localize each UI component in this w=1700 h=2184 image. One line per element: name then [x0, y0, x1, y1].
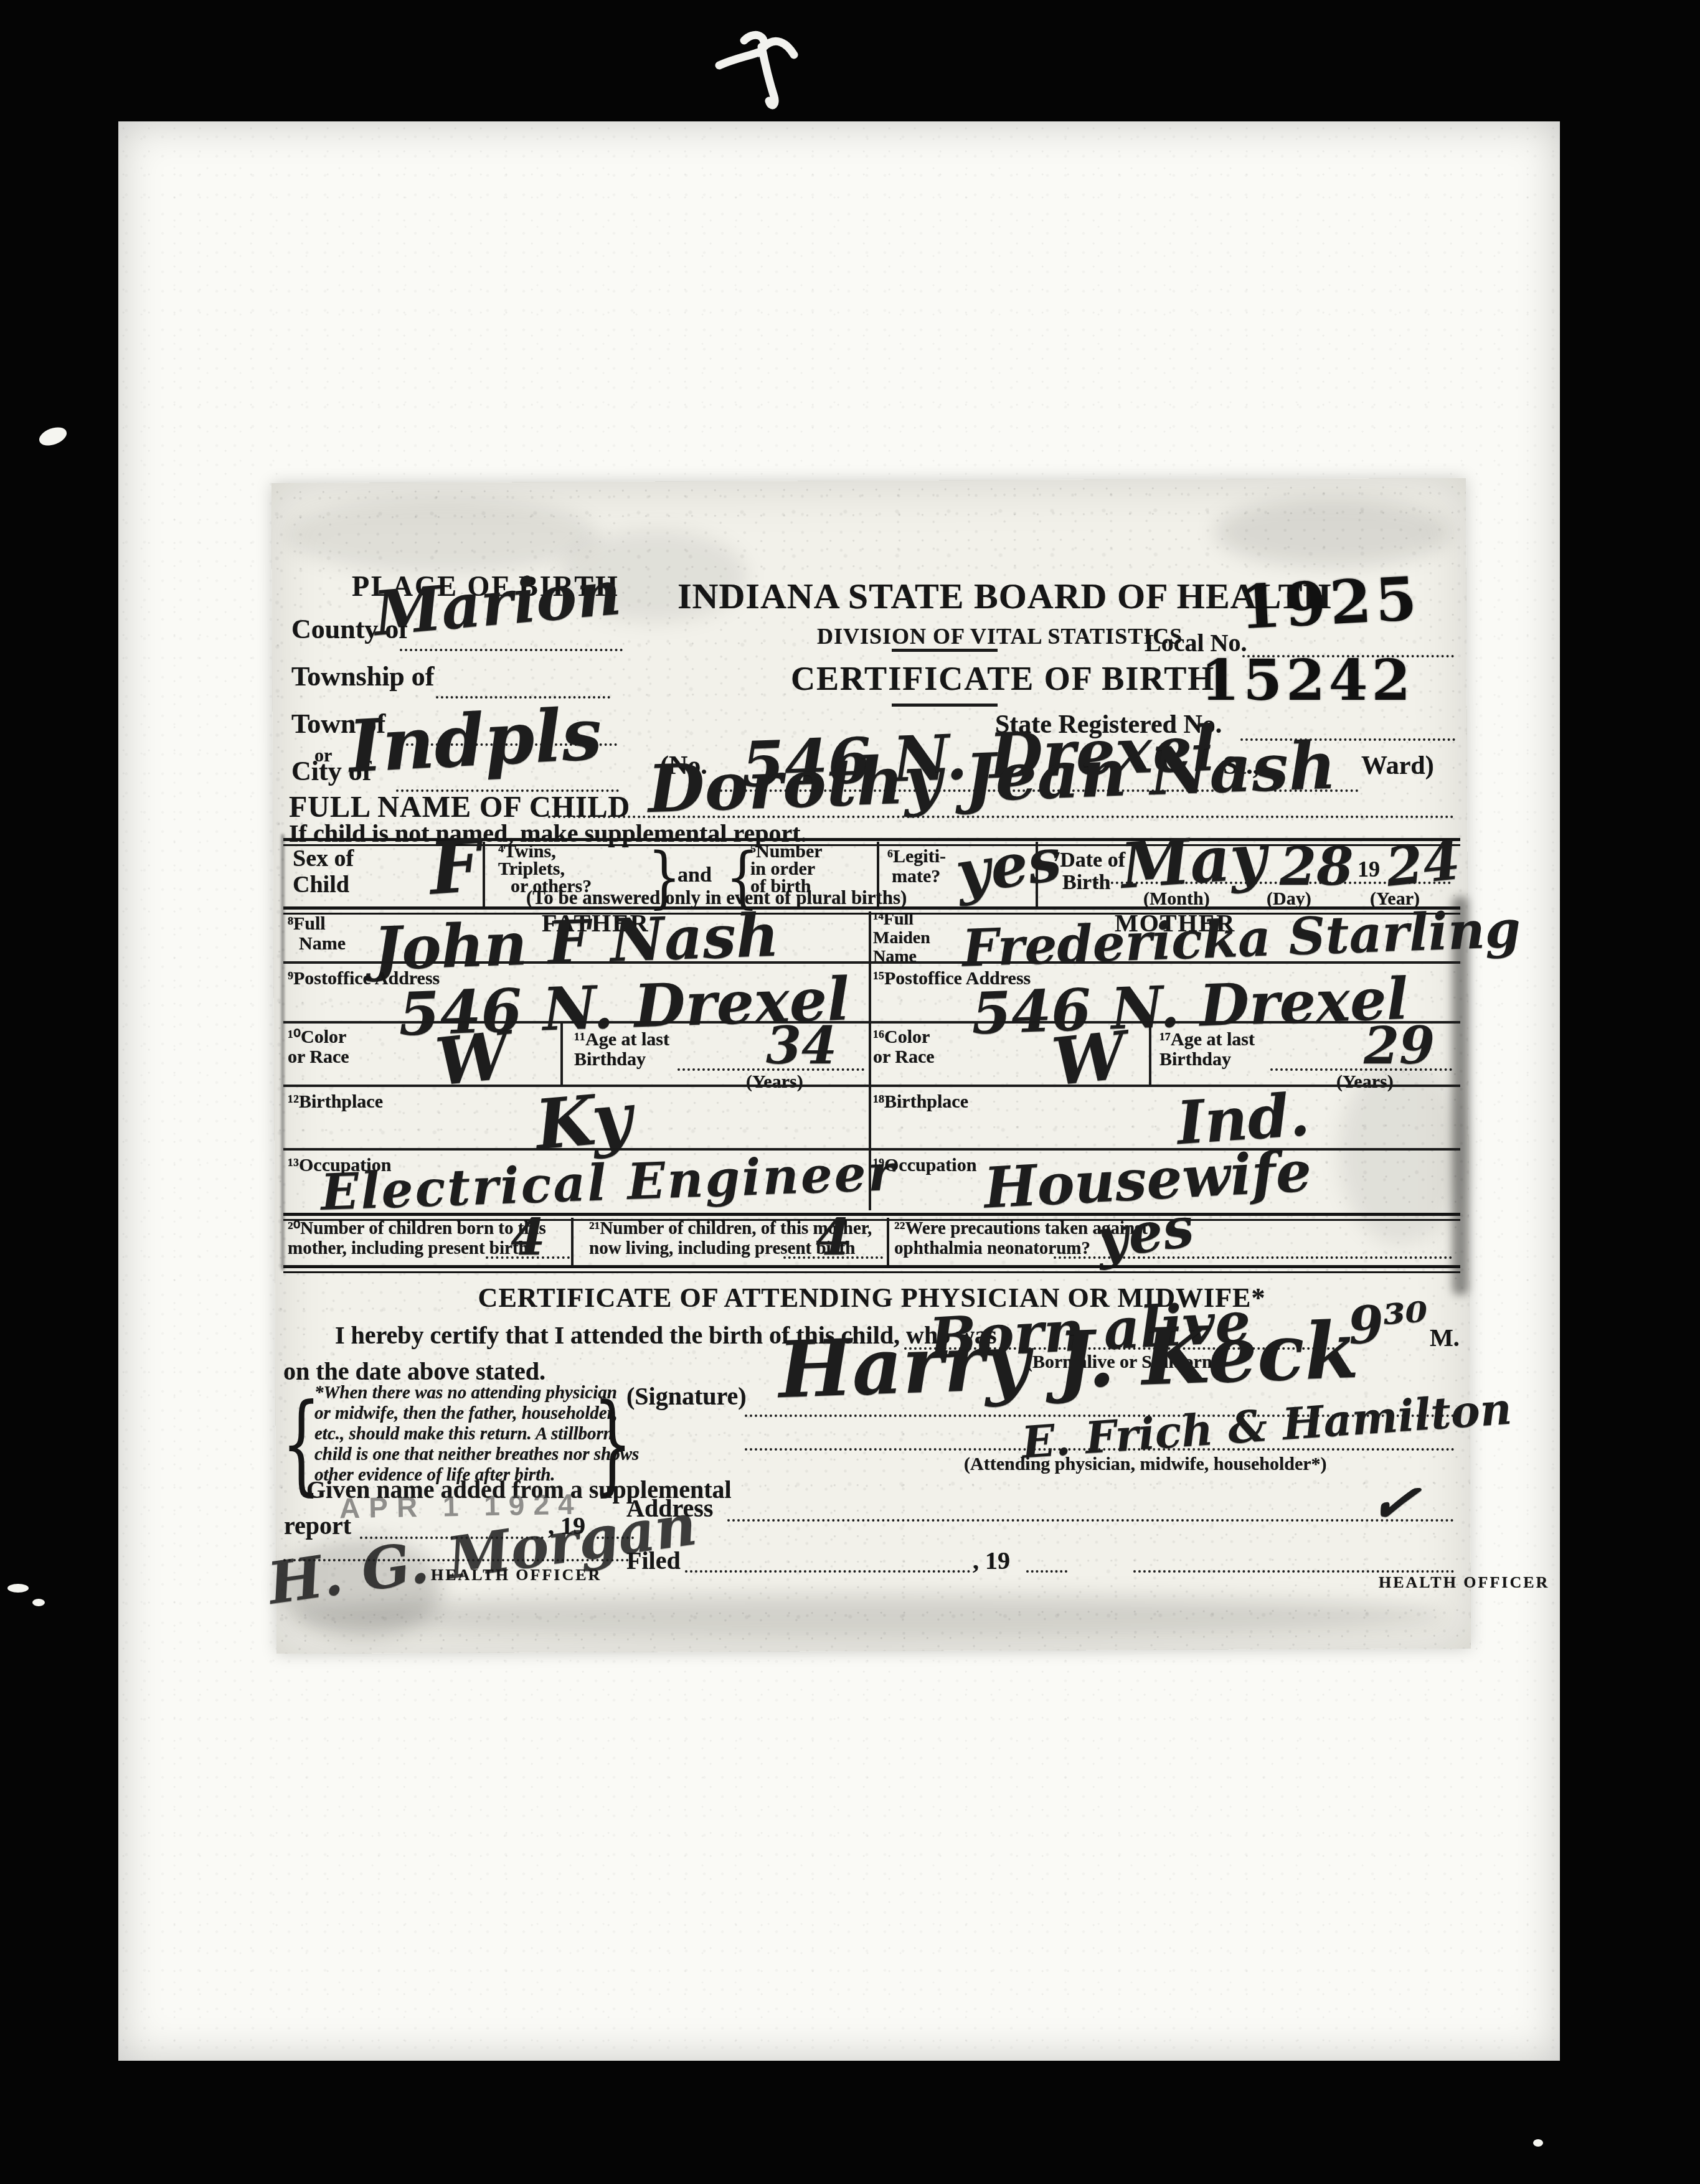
report-label: report	[284, 1513, 351, 1539]
children-born-label: ²⁰Number of children born to this	[288, 1219, 546, 1238]
legitimate-value: yes	[952, 825, 1065, 908]
father-name-label: Name	[299, 934, 346, 954]
township-label: Township of	[291, 662, 435, 691]
scan-speck	[32, 1599, 45, 1606]
sex-label: Child	[293, 873, 349, 898]
filed-line	[685, 1570, 970, 1573]
sex-label: Sex of	[293, 847, 354, 872]
year-stamp: 1925	[1237, 563, 1422, 642]
filed-year-line	[1026, 1570, 1067, 1573]
grid-line	[483, 842, 485, 906]
division-subheading: DIVISION OF VITAL STATISTICS	[817, 625, 1183, 649]
attending-caption: (Attending physician, midwife, household…	[964, 1454, 1327, 1474]
health-officer-caption: HEALTH OFFICER	[1379, 1574, 1549, 1591]
mother-color-value: W	[1049, 1016, 1130, 1101]
mother-color-label: ¹⁶Color	[873, 1027, 930, 1047]
row-rule	[283, 961, 1460, 964]
county-line	[400, 649, 623, 651]
checkmark: ✓	[1366, 1465, 1424, 1540]
precautions-value: yes	[1092, 1194, 1198, 1272]
title-rule-bottom	[892, 704, 998, 707]
day-caption: (Day)	[1267, 889, 1311, 909]
scan-speck	[1533, 2139, 1543, 2147]
year-printed-prefix: 19	[1358, 858, 1380, 882]
city-value: Indpls	[347, 692, 604, 789]
father-color-label: ¹⁰Color	[288, 1027, 346, 1047]
scan-speck	[7, 1584, 29, 1593]
mother-age-label: Birthday	[1159, 1050, 1231, 1070]
years-caption: (Years)	[746, 1072, 803, 1092]
physician-note: *When there was no attending physician	[314, 1383, 617, 1402]
age-line	[1270, 1068, 1452, 1071]
scanned-document: PLACE OF BIRTH INDIANA STATE BOARD OF HE…	[0, 0, 1700, 2184]
date-of-birth-label: ⁷Date of	[1054, 849, 1125, 872]
father-age-value: 34	[766, 1016, 837, 1076]
ward-label: Ward)	[1361, 752, 1434, 779]
mother-occupation-label: ¹⁹Occupation	[873, 1156, 976, 1175]
value-line	[486, 1256, 570, 1259]
father-birthplace-value: Ky	[532, 1077, 635, 1165]
precautions-label: ophthalmia neonatorum?	[894, 1239, 1090, 1258]
physician-note: or midwife, then the father, householder…	[314, 1404, 618, 1423]
and-label: and	[678, 864, 712, 887]
mother-age-label: ¹⁷Age at last	[1159, 1030, 1255, 1050]
father-color-label: or Race	[288, 1047, 349, 1067]
value-line	[783, 1256, 883, 1259]
meridiem-label: M.	[1430, 1325, 1460, 1351]
scan-smudge	[293, 1594, 1445, 1637]
father-age-label: ¹¹Age at last	[574, 1030, 669, 1050]
value-line	[1054, 1256, 1452, 1259]
filed-label: Filed	[626, 1548, 681, 1574]
scan-scribble-mark	[707, 12, 844, 118]
torn-edge-line	[281, 834, 284, 1270]
certificate-number-stamp: 15242	[1201, 647, 1414, 713]
scan-smudge	[1214, 498, 1451, 567]
officer-line-right	[1133, 1570, 1454, 1573]
father-color-value: W	[432, 1016, 513, 1101]
board-heading: INDIANA STATE BOARD OF HEALTH	[678, 578, 1332, 616]
scan-speck	[37, 424, 69, 449]
mother-name-label: Maiden	[873, 929, 930, 947]
physician-note: child is one that neither breathes nor s…	[314, 1445, 639, 1464]
month-caption: (Month)	[1143, 889, 1210, 909]
certificate-title: CERTIFICATE OF BIRTH	[791, 661, 1215, 697]
health-officer-caption: HEALTH OFFICER	[431, 1566, 602, 1583]
years-caption: (Years)	[1336, 1072, 1394, 1092]
scan-smudge	[286, 498, 598, 573]
father-name-label: ⁸Full	[288, 914, 326, 934]
children-born-label: mother, including present birth	[288, 1239, 529, 1258]
date-line	[1096, 882, 1451, 884]
date-stated-text: on the date above stated.	[283, 1358, 545, 1385]
filed-year-prefix: , 19	[973, 1548, 1010, 1574]
section-rule	[283, 1265, 1460, 1273]
address-line	[727, 1519, 1454, 1522]
father-age-label: Birthday	[574, 1050, 646, 1070]
signature-label: (Signature)	[626, 1383, 747, 1410]
mother-age-value: 29	[1364, 1016, 1435, 1076]
mother-birthplace-label: ¹⁸Birthplace	[873, 1092, 968, 1112]
sex-value: F	[427, 824, 483, 911]
grid-line	[1149, 1024, 1151, 1085]
birth-time-value: 9³⁰	[1346, 1291, 1430, 1357]
title-rule-top	[892, 649, 998, 652]
full-name-label: FULL NAME OF CHILD	[289, 792, 630, 823]
father-birthplace-label: ¹²Birthplace	[288, 1092, 383, 1112]
legitimate-label: ⁶Legiti-	[887, 847, 946, 867]
grid-line	[560, 1024, 563, 1085]
grid-line	[571, 1218, 574, 1265]
age-line	[678, 1068, 864, 1071]
grid-line	[887, 1218, 889, 1265]
physician-note: etc., should make this return. A stillbo…	[314, 1424, 613, 1443]
mother-name-label: ¹⁴Full	[873, 910, 914, 928]
mother-color-label: or Race	[873, 1047, 935, 1067]
officer-line	[283, 1559, 629, 1561]
legitimate-label: mate?	[892, 867, 940, 887]
